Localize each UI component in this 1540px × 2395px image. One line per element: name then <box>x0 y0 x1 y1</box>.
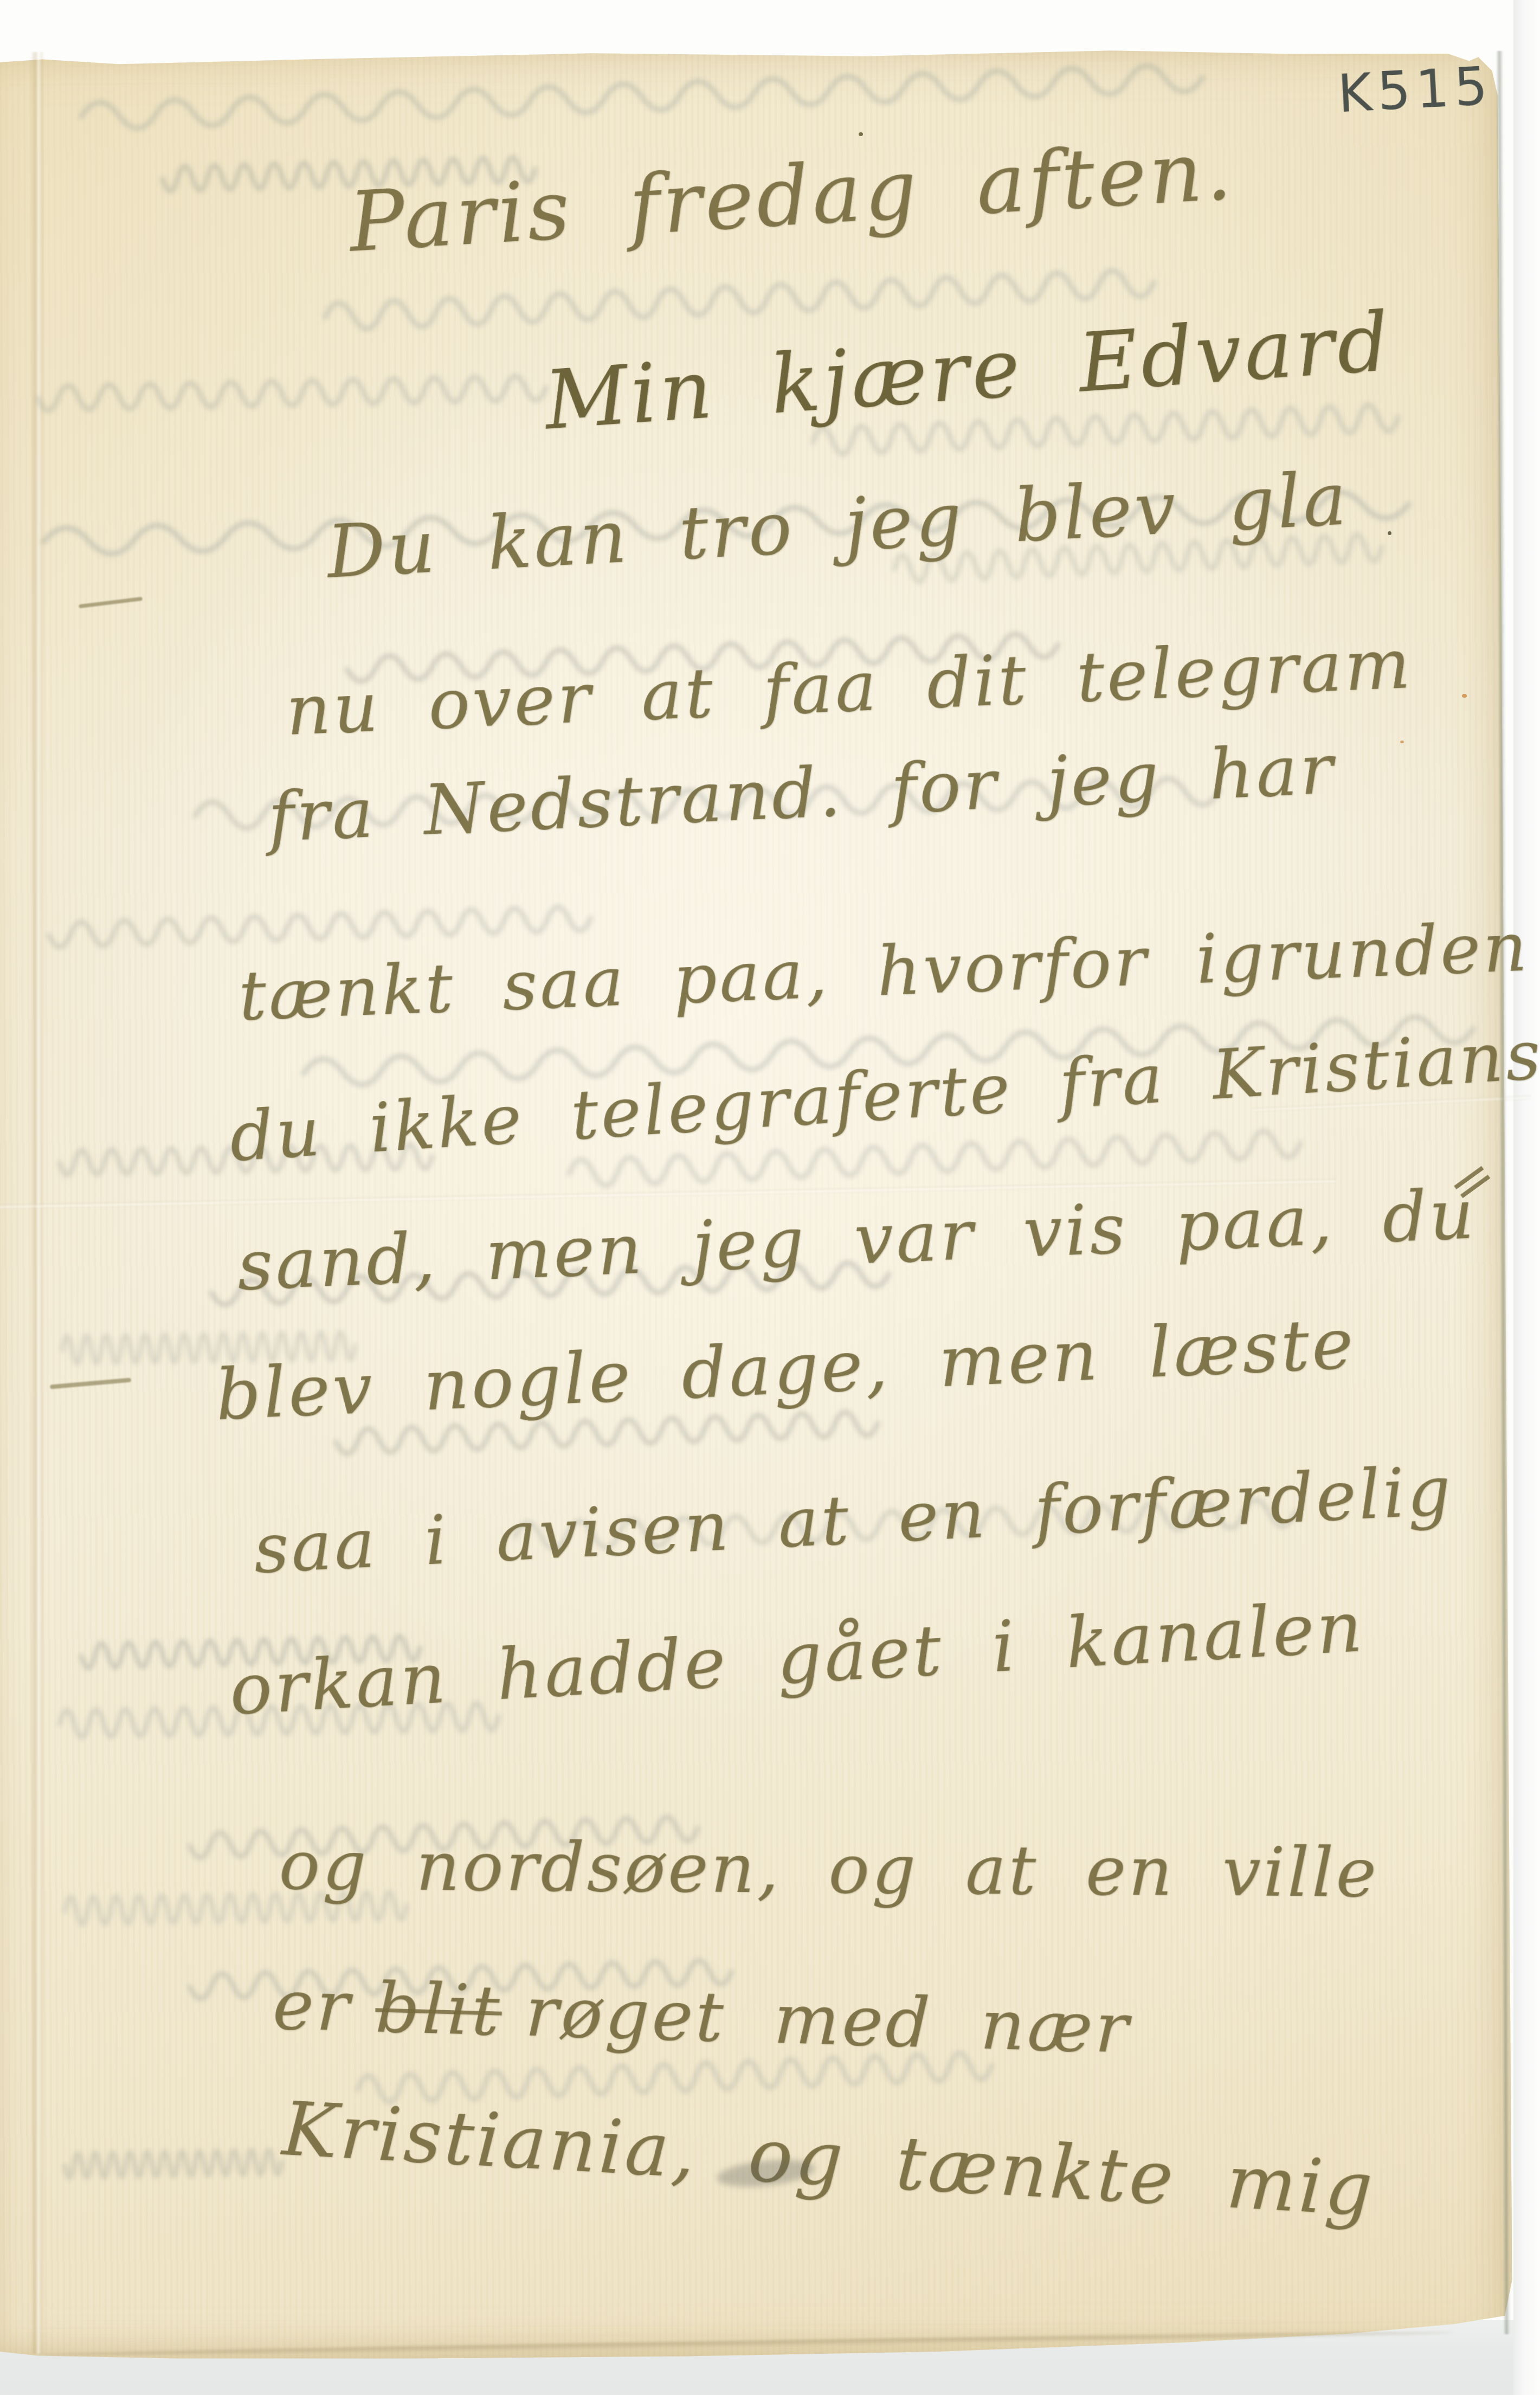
ink-speck <box>859 132 863 136</box>
ink-speck <box>1400 741 1404 743</box>
ink-speck <box>1388 531 1391 535</box>
catalog-number: K515 <box>1337 60 1494 120</box>
fold-crease-vertical <box>30 52 44 2354</box>
ink-speck <box>1462 694 1467 698</box>
strikethrough-word: blit <box>374 1967 502 2051</box>
scan-background: Paris fredag aften. Min kjære Edvard Du … <box>0 0 1540 2395</box>
letter-word: røget med nær <box>524 1972 1132 2069</box>
scanner-bed-right <box>1513 0 1540 2395</box>
letter-word: er <box>272 1965 353 2048</box>
letter-line: og nordsøen, og at en ville <box>279 1831 1379 1907</box>
